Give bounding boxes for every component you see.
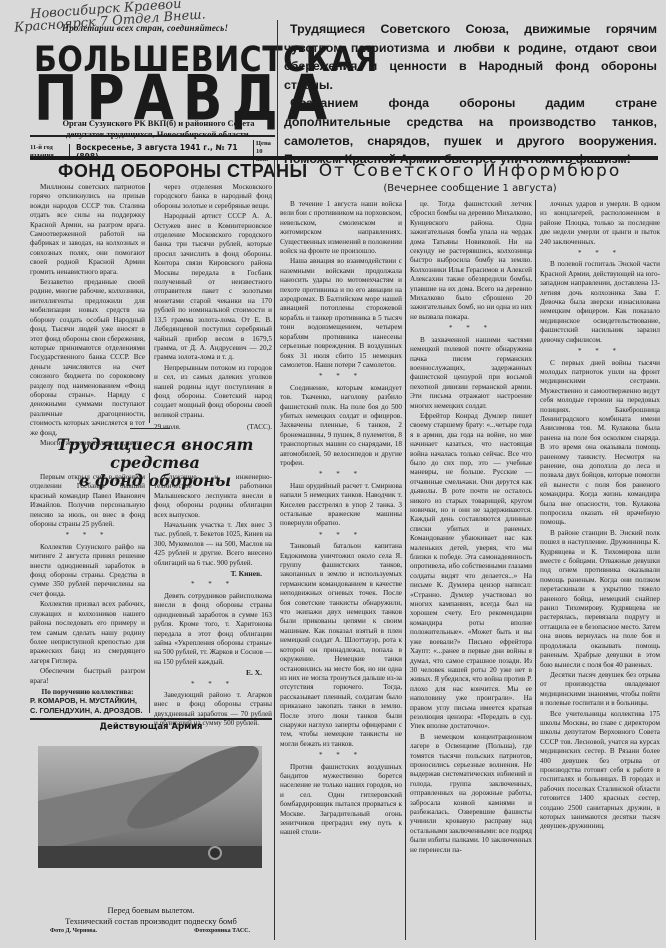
section-rule (30, 718, 272, 720)
fund-article-col-2: через отделения Московского городского б… (154, 183, 272, 433)
paragraph: В захваченной нашими частями немецкой по… (410, 336, 532, 411)
paragraph: Ефрейтор Конрад Думлер пишет своему стар… (410, 412, 532, 732)
organ-line-1: Орган Сузунского РК ВКП(б) и районного С… (56, 118, 261, 129)
paragraph: Коллектив призвал всех рабочих, служащих… (30, 600, 145, 666)
informburo-col-2: це. Тогда фашистский летчик сбросил бомб… (410, 200, 532, 856)
paragraph: Непрерывным потоком из городов и сел, из… (154, 364, 272, 420)
paragraph: Наш орудийный расчет т. Смирнова напали … (280, 482, 402, 529)
section-stars: * * * (540, 347, 660, 356)
column-divider (274, 160, 275, 940)
section-stars: * * * (280, 751, 402, 760)
section-stars: * * * (154, 580, 272, 589)
paragraph: це. Тогда фашистский летчик сбросил бомб… (410, 200, 532, 322)
column-divider (149, 473, 150, 713)
paragraph: Начальник участка т. Лях внес 3 тыс. руб… (154, 521, 272, 568)
signature-label: По поручению коллектива: (30, 687, 145, 697)
author-signature: Т. Кинев. (154, 569, 272, 578)
paragraph: Народный артист СССР А. А. Остужев внес … (154, 212, 272, 363)
photo-credits: Фото Д. Чернова. Фотохроника ТАСС. (50, 928, 250, 934)
paragraph: Танковый батальон капитана Евдокимова ун… (280, 542, 402, 749)
paragraph: через отделения Московского городского б… (154, 183, 272, 211)
photo-wheel (208, 846, 222, 860)
informburo-headline: От Советского Информбюро (282, 161, 658, 181)
photo-ground (38, 846, 262, 868)
short-rule (130, 428, 170, 429)
biplane-photo (38, 746, 262, 868)
paragraph: Против фашистских воздушных бандитов муж… (280, 763, 402, 838)
informburo-col-1: В течение 1 августа наши войска вели бои… (280, 200, 402, 839)
paragraph: Беззаветно преданные своей родине, многи… (30, 278, 145, 438)
top-rule (30, 156, 658, 160)
paragraph: В течение 1 августа наши войска вели бои… (280, 200, 402, 256)
paragraph: Наша авиация во взаимодействии с наземны… (280, 257, 402, 370)
section-stars: * * * (280, 372, 402, 381)
section-stars: * * * (540, 249, 660, 258)
paragraph: Первым открыл счет в районном отделении … (30, 473, 145, 529)
article-source: (ТАСС). (247, 423, 272, 432)
section-stars: * * * (154, 680, 272, 689)
paragraph: С первых дней войны тысячи молодых патри… (540, 359, 660, 528)
paragraph: Служащие и инженерно-техническое работни… (154, 473, 272, 520)
appeal-box: Трудящиеся Советского Союза, движимые го… (277, 20, 657, 169)
paragraph: В полевой госпиталь Энской части Красной… (540, 260, 660, 345)
paragraph: Девять сотрудников райисполкома внесли в… (154, 592, 272, 667)
workers-article-col-2: Служащие и инженерно-техническое работни… (154, 473, 272, 730)
dateline-tass: 29 июля. (ТАСС). (154, 423, 272, 432)
column-divider (405, 200, 406, 940)
army-section-heading: Действующая Армия (30, 722, 272, 732)
paragraph: В немецком концентрационном лагере в Осв… (410, 733, 532, 855)
section-stars: * * * (30, 531, 145, 540)
photo-credit-left: Фото Д. Чернова. (50, 928, 97, 934)
signature-names-1: Р. КОМАРОВ, Н. МУСТАЙКИН, (30, 696, 145, 706)
photo-caption-1: Перед боевым вылетом. (30, 905, 272, 915)
column-divider (149, 183, 150, 423)
informburo-subheadline: (Вечернее сообщение 1 августа) (282, 183, 658, 194)
section-stars: * * * (410, 324, 532, 333)
masthead-motto: Пролетарии всех стран, соединяйтесь! (62, 23, 228, 33)
author-signature: Е. Х. (154, 668, 272, 677)
paragraph: лочных ударов и умерли. В одном из концл… (540, 200, 660, 247)
section-stars: * * * (280, 531, 402, 540)
appeal-paragraph-1: Трудящиеся Советского Союза, движимые го… (284, 20, 657, 94)
paragraph: В районе станции В. Энский полк пошел в … (540, 529, 660, 670)
section-stars: * * * (280, 470, 402, 479)
photo-credit-right: Фотохроника ТАСС. (194, 928, 250, 934)
paragraph: Все учительницы коллектива 175 школы Мос… (540, 710, 660, 832)
newspaper-page: Новосибирск Краевой Красноярск 7 Отдел В… (0, 0, 666, 948)
paragraph: Миллионы советских патриотов горячо откл… (30, 183, 145, 277)
collective-signature: По поручению коллектива: Р. КОМАРОВ, Н. … (30, 687, 145, 716)
paragraph: Десятки тысяч девушек без отрыва от прои… (540, 671, 660, 709)
workers-article-col-1: Первым открыл счет в районном отделении … (30, 473, 145, 715)
photo-caption-2: Технический состав производит подвеску б… (30, 916, 272, 926)
paragraph: Обеспечим быстрый разгром врага! (30, 667, 145, 686)
signature-names-2: С. ГОЛЕНДУХИН, А. ДРОЗДОВ. (30, 706, 145, 716)
informburo-col-3: лочных ударов и умерли. В одном из концл… (540, 200, 660, 833)
column-divider (535, 200, 536, 940)
paragraph: Коллектив Сузунского райфо на митинге 2 … (30, 543, 145, 599)
headline-line-1: Трудящиеся вносят средства (40, 436, 270, 472)
paragraph: Соединение, которым командует тов. Ткаче… (280, 384, 402, 469)
fund-article-headline: ФОНД ОБОРОНЫ СТРАНЫ (58, 161, 308, 182)
fund-article-col-1: Миллионы советских патриотов горячо откл… (30, 183, 145, 449)
